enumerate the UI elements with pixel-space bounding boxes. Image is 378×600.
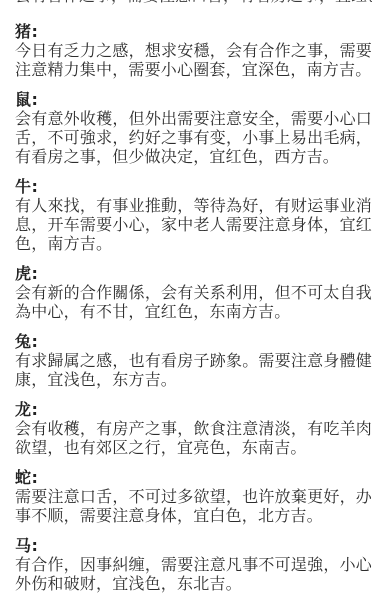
section-ox: 牛: 有人來找，有事业推動，等待為好，有财运事业消息，开车需要小心，家中老人需要… <box>15 177 372 253</box>
zodiac-text-horse: 有合作，因事糾缠，需要注意凡事不可逞強，小心外伤和破财，宜浅色，东北吉。 <box>15 555 372 593</box>
zodiac-heading-dragon: 龙: <box>15 400 372 419</box>
zodiac-heading-pig: 猪: <box>15 22 372 41</box>
zodiac-text-dragon: 会有收穫，有房产之事，飲食注意清淡，有吃羊肉欲望，也有郊区之行，宜亮色，东南吉。 <box>15 419 372 457</box>
zodiac-text-ox: 有人來找，有事业推動，等待為好，有财运事业消息，开车需要小心，家中老人需要注意身… <box>15 196 372 253</box>
zodiac-heading-rabbit: 兔: <box>15 332 372 351</box>
zodiac-text-snake: 需要注意口舌，不可过多欲望，也许放棄更好，办事不顺，需要注意身体，宜白色，北方吉… <box>15 487 372 525</box>
section-snake: 蛇: 需要注意口舌，不可过多欲望，也许放棄更好，办事不顺，需要注意身体，宜白色，… <box>15 468 372 525</box>
zodiac-text-pig: 今日有乏力之感，想求安穩，会有合作之事，需要注意精力集中，需要小心圈套，宜深色，… <box>15 41 372 79</box>
zodiac-heading-tiger: 虎: <box>15 264 372 283</box>
zodiac-heading-horse: 马: <box>15 536 372 555</box>
fortune-article: 会有合作之事，需要注意口舌，有看房之事，宜红色，南方吉。 猪: 今日有乏力之感，… <box>0 0 378 600</box>
section-dragon: 龙: 会有收穫，有房产之事，飲食注意清淡，有吃羊肉欲望，也有郊区之行，宜亮色，东… <box>15 400 372 457</box>
clipped-top-line: 会有合作之事，需要注意口舌，有看房之事，宜红色，南方吉。 <box>15 0 372 6</box>
section-rat: 鼠: 会有意外收穫，但外出需要注意安全，需要小心口舌，不可強求，约好之事有变，小… <box>15 90 372 166</box>
zodiac-heading-rat: 鼠: <box>15 90 372 109</box>
zodiac-heading-snake: 蛇: <box>15 468 372 487</box>
section-pig: 猪: 今日有乏力之感，想求安穩，会有合作之事，需要注意精力集中，需要小心圈套，宜… <box>15 22 372 79</box>
section-tiger: 虎: 会有新的合作關係，会有关系利用，但不可太自我為中心，有不甘，宜红色，东南方… <box>15 264 372 321</box>
section-horse: 马: 有合作，因事糾缠，需要注意凡事不可逞強，小心外伤和破财，宜浅色，东北吉。 <box>15 536 372 593</box>
zodiac-text-rabbit: 有求歸属之感，也有看房子跡象。需要注意身體健康，宜浅色，东方吉。 <box>15 351 372 389</box>
zodiac-text-rat: 会有意外收穫，但外出需要注意安全，需要小心口舌，不可強求，约好之事有变，小事上易… <box>15 109 372 166</box>
zodiac-heading-ox: 牛: <box>15 177 372 196</box>
clipped-top-line-text: 会有合作之事，需要注意口舌，有看房之事，宜红色，南方吉。 <box>15 0 372 5</box>
section-rabbit: 兔: 有求歸属之感，也有看房子跡象。需要注意身體健康，宜浅色，东方吉。 <box>15 332 372 389</box>
zodiac-text-tiger: 会有新的合作關係，会有关系利用，但不可太自我為中心，有不甘，宜红色，东南方吉。 <box>15 283 372 321</box>
